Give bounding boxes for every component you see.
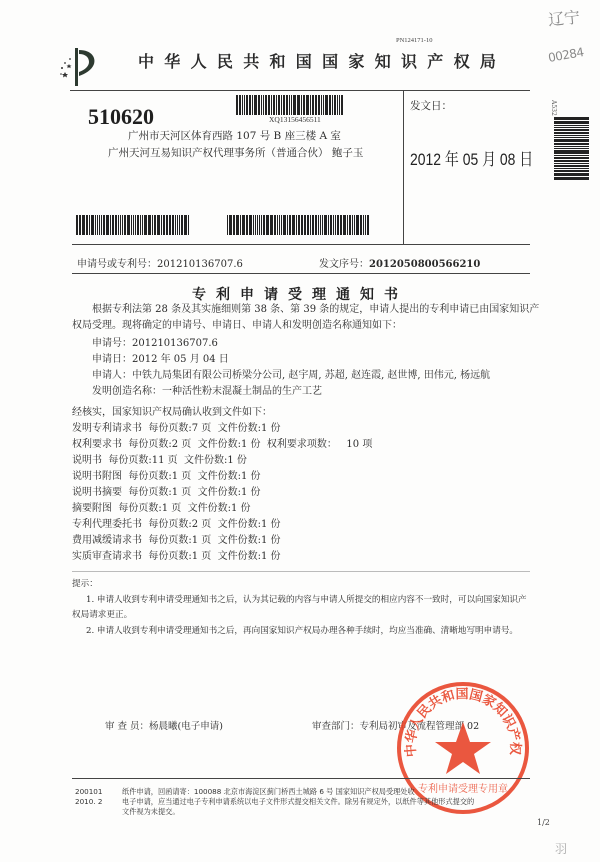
- file-item: 说明书 每份页数:11 页 文件份数:1 份: [72, 453, 372, 469]
- header-rule: [70, 90, 530, 91]
- file-item: 发明专利请求书 每份页数:7 页 文件份数:1 份: [72, 421, 372, 437]
- application-number: 201210136707.6: [157, 259, 243, 270]
- file-item: 摘要附图 每份页数:1 页 文件份数:1 份: [72, 501, 372, 517]
- tips-section: 提示： 1. 申请人收到专利申请受理通知书之后，认为其记载的内容与申请人所提交的…: [72, 577, 532, 639]
- tips-rule: [72, 571, 530, 572]
- recipient-agency: 广州天河互易知识产权代理事务所（普通合伙） 鲍子玉: [108, 145, 363, 160]
- issue-date-label: 发文日：: [410, 98, 452, 113]
- field-label: 申请日：: [92, 354, 132, 365]
- footer-line: 纸件申请，回函请寄：100088 北京市海淀区蓟门桥西土城路 6 号 国家知识产…: [122, 787, 542, 797]
- recipient-address: 广州市天河区体育西路 107 号 B 座三楼 A 室: [128, 128, 341, 143]
- postcode: 510620: [88, 104, 154, 130]
- file-item: 说明书摘要 每份页数:1 页 文件份数:1 份: [72, 485, 372, 501]
- application-field: 申请人：中铁九局集团有限公司桥梁分公司, 赵宇周, 苏超, 赵连霞, 赵世博, …: [92, 368, 490, 384]
- examiner-label: 审 查 员：: [105, 721, 149, 732]
- file-item: 专利代理委托书 每份页数:2 页 文件份数:1 份: [72, 517, 372, 533]
- issue-date: 2012 年 05 月 08 日: [410, 145, 533, 170]
- side-barcode: [554, 117, 589, 181]
- serial-number: 2012050800566210: [369, 259, 480, 270]
- barcode-text: XQ13156456511: [269, 115, 321, 124]
- handwritten-note: 辽宁: [547, 4, 581, 30]
- field-value: 一种活性粉末混凝土制品的生产工艺: [162, 386, 322, 397]
- footer-code: 200101: [75, 787, 115, 797]
- application-number-row: 申请号或专利号：201210136707.6: [77, 255, 243, 270]
- application-field: 发明创造名称：一种活性粉末混凝土制品的生产工艺: [92, 384, 490, 400]
- side-code: A532: [550, 100, 557, 116]
- handwritten-number: 00284: [547, 45, 585, 65]
- field-value: 201210136707.6: [132, 338, 218, 349]
- file-item: 说明书附图 每份页数:1 页 文件份数:1 份: [72, 469, 372, 485]
- tip-item: 2. 申请人收到专利申请受理通知书之后，再向国家知识产权局办理各种手续时，均应当…: [72, 624, 532, 640]
- recipient-barcode: [236, 95, 350, 115]
- intro-paragraph: 根据专利法第 28 条及其实施细则第 38 条、第 39 条的规定，申请人提出的…: [72, 302, 542, 334]
- department-label: 审查部门：: [312, 721, 360, 732]
- serial-number-row: 发文序号：2012050800566210: [319, 255, 480, 270]
- serial-number-label: 发文序号：: [319, 259, 369, 270]
- field-value: 2012 年 05 月 04 日: [132, 354, 229, 365]
- reference-top-rule: [72, 244, 530, 245]
- application-info: 申请号：201210136707.6申请日：2012 年 05 月 04 日申请…: [92, 336, 490, 400]
- field-label: 发明创造名称：: [92, 386, 162, 397]
- tips-label: 提示：: [72, 577, 532, 593]
- footer-line: 文件视为未提交。: [122, 807, 542, 817]
- field-label: 申请人：: [92, 370, 132, 381]
- page-number: 1/2: [537, 818, 550, 827]
- file-item: 实质审查请求书 每份页数:1 页 文件份数:1 份: [72, 549, 372, 565]
- sipo-logo-icon: [52, 44, 102, 88]
- application-field: 申请日：2012 年 05 月 04 日: [92, 352, 490, 368]
- footer-line: 电子申请，应当通过电子专利申请系统以电子文件形式提交相关文件。除另有规定外，以纸…: [122, 797, 542, 807]
- document-title: 专利申请受理通知书: [0, 284, 600, 304]
- received-files: 经核实，国家知识产权局确认收到文件如下： 发明专利请求书 每份页数:7 页 文件…: [72, 405, 372, 565]
- reference-bottom-rule: [72, 273, 530, 274]
- corner-mark: 羽: [555, 840, 567, 857]
- examiner-name: 杨晨曦(电子申请): [149, 721, 223, 732]
- field-value: 中铁九局集团有限公司桥梁分公司, 赵宇周, 苏超, 赵连霞, 赵世博, 田伟元,…: [132, 370, 490, 381]
- application-barcode: [76, 215, 198, 235]
- header-divider: [403, 90, 404, 245]
- field-label: 申请号：: [92, 338, 132, 349]
- files-intro: 经核实，国家知识产权局确认收到文件如下：: [72, 405, 372, 421]
- application-field: 申请号：201210136707.6: [92, 336, 490, 352]
- agency-name: 中华人民共和国国家知识产权局: [138, 49, 506, 72]
- footer-code: 2010. 2: [75, 797, 115, 807]
- file-item: 费用减缓请求书 每份页数:1 页 文件份数:1 份: [72, 533, 372, 549]
- footer-rule: [72, 778, 530, 779]
- tip-item: 1. 申请人收到专利申请受理通知书之后，认为其记载的内容与申请人所提交的相应内容…: [72, 593, 532, 624]
- file-item: 权利要求书 每份页数:2 页 文件份数:1 份 权利要求项数： 10 项: [72, 437, 372, 453]
- form-code: PN124171-10: [396, 37, 432, 44]
- application-number-label: 申请号或专利号：: [77, 259, 157, 270]
- serial-barcode: [227, 215, 375, 235]
- examiner: 审 查 员：杨晨曦(电子申请): [105, 718, 223, 732]
